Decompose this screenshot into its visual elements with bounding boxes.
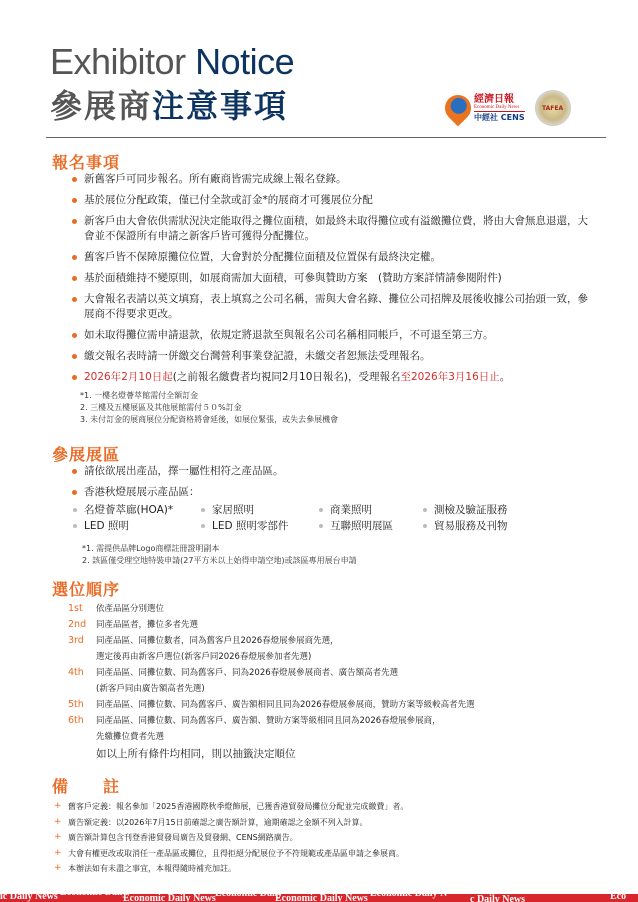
title-en-part1: Exhibitor <box>50 41 186 82</box>
product-zone: 家居照明 <box>200 503 318 517</box>
product-zone-grid: 名燈薈萃廊(HOA)* 家居照明 商業照明 測檢及驗証服務 LED 照明 LED… <box>72 503 542 533</box>
order-row: 6th同產品區、同攤位數、同為舊客戶、廣告額、贊助方案等級相同且同為2026春燈… <box>68 713 475 729</box>
title-en-part2: Notice <box>195 41 294 82</box>
sponsor-logos: 經濟日報 Economic Daily News 中經社 CENS TAFEA <box>445 90 571 126</box>
list-item: 如未取得攤位需申請退款，依規定將退款至與報名公司名稱相同帳戶，不可退至第三方。 <box>70 328 598 343</box>
order-rank <box>68 729 96 745</box>
section-title-zones: 參展展區 <box>52 442 120 465</box>
order-row: 5th同產品區、同攤位數、同為舊客戶、廣告額相同且同為2026春燈展參展商，贊助… <box>68 697 475 713</box>
footer-band-text: Economic Daily News <box>123 894 216 902</box>
list-item: 繳交報名表時請一併繳交台灣營利事業登記證，未繳交者恕無法受理報名。 <box>70 349 598 364</box>
order-text: 選定後再由新客戶選位(新客戶同2026春燈展參加者先選) <box>96 649 311 665</box>
order-row: 4th同產品區、同攤位數、同為舊客戶、同為2026春燈展參展商者、廣告額高者先選 <box>68 665 475 681</box>
order-text: 同產品區、同攤位數者，同為舊客戶且2026春燈展參展商先選， <box>96 633 339 649</box>
order-rank <box>68 649 96 665</box>
footer-band-text: Economic Daily N <box>370 894 447 899</box>
product-zone: 名燈薈萃廊(HOA)* <box>72 503 200 517</box>
edn-logo-en: Economic Daily News <box>474 105 525 112</box>
footer-band-text: Economic Daily <box>215 894 283 899</box>
order-rank: 1st <box>68 601 96 617</box>
edn-logo: 經濟日報 Economic Daily News 中經社 CENS <box>445 95 525 122</box>
footer-band: ic Daily News Economic Daily Economic Da… <box>0 894 638 902</box>
zones-list: 請依欲展出產品，擇一屬性相符之產品區。 香港秋燈展展示產品區： <box>70 464 598 506</box>
tafea-logo: TAFEA <box>535 90 571 126</box>
product-zone: 貿易服務及刊物 <box>422 519 542 533</box>
deadline-middle: (之前報名繳費者均視同2月10日報名)，受理報名 <box>173 371 401 383</box>
order-row: 3rd同產品區、同攤位數者，同為舊客戶且2026春燈展參展商先選， <box>68 633 475 649</box>
cens-logo: 中經社 CENS <box>474 114 525 122</box>
product-zone: 商業照明 <box>318 503 422 517</box>
list-item: 香港秋燈展展示產品區： <box>70 485 598 500</box>
page-title-zh: 參展商注意事項 <box>50 86 288 126</box>
order-rank: 6th <box>68 713 96 729</box>
deadline-tail: 。 <box>500 371 511 383</box>
order-row: 2nd同產品區者，攤位多者先選 <box>68 617 475 633</box>
remark-item: 大會有權更改或取消任一產品區或攤位，且得拒絕分配展位予不符規範或產品區申請之參展… <box>52 846 408 862</box>
page-title-en: Exhibitor Notice <box>50 42 294 82</box>
order-rank: 2nd <box>68 617 96 633</box>
order-row: (新客戶同由廣告額高者先選) <box>68 681 475 697</box>
order-rank <box>68 681 96 697</box>
registration-list: 新舊客戶可同步報名。所有廠商皆需完成線上報名登錄。 基於展位分配政策，僅已付全款… <box>70 172 598 391</box>
note-line: 2. 三樓及五樓展區及其他展館需付５０%訂金 <box>80 402 338 414</box>
product-zone: 測檢及驗証服務 <box>422 503 542 517</box>
section-title-registration: 報名事項 <box>52 150 120 173</box>
note-line: 3. 未付訂金的展商展位分配資格將會延後，如展位緊張，或失去參展機會 <box>80 414 338 426</box>
product-zone: 互聯照明展區 <box>318 519 422 533</box>
list-item: 大會報名表請以英文填寫，表上填寫之公司名稱，需與大會名錄、攤位公司招牌及展後收據… <box>70 292 598 322</box>
order-text: (新客戶同由廣告額高者先選) <box>96 681 205 697</box>
deadline-end: 至2026年3月16日止 <box>401 371 500 383</box>
product-zone: LED 照明 <box>72 519 200 533</box>
deadline-start: 2026年2月10日起 <box>84 371 173 383</box>
remarks-list: 舊客戶定義：報名參加「2025香港國際秋季燈飾展，已獲香港貿發局攤位分配並完成繳… <box>52 799 408 877</box>
order-text: 同產品區者，攤位多者先選 <box>96 617 198 633</box>
order-text: 依產品區分別選位 <box>96 601 164 617</box>
order-row: 1st依產品區分別選位 <box>68 601 475 617</box>
note-line: *1. 需提供品牌Logo商標註冊證明副本 <box>82 543 357 555</box>
list-item: 新舊客戶可同步報名。所有廠商皆需完成線上報名登錄。 <box>70 172 598 187</box>
order-rank: 5th <box>68 697 96 713</box>
order-row: 先繳攤位費者先選 <box>68 729 475 745</box>
order-rank: 4th <box>68 665 96 681</box>
deadline-item: 2026年2月10日起(之前報名繳費者均視同2月10日報名)，受理報名至2026… <box>70 370 598 385</box>
list-item: 舊客戶皆不保障原攤位位置，大會對於分配攤位面積及位置保有最終決定權。 <box>70 250 598 265</box>
remark-item: 廣告額計算包含刊登香港貿發局廣告及貿發網、CENS網路廣告。 <box>52 830 408 846</box>
zones-notes: *1. 需提供品牌Logo商標註冊證明副本 2. 該區僅受理空地特裝申請(27平… <box>82 543 357 567</box>
list-item: 基於展位分配政策，僅已付全款或訂金*的展商才可獲展位分配 <box>70 193 598 208</box>
order-text: 同產品區、同攤位數、同為舊客戶、同為2026春燈展參展商者、廣告額高者先選 <box>96 665 398 681</box>
order-rank-empty <box>68 745 96 763</box>
section-title-remarks: 備 註 <box>52 774 120 797</box>
header-divider <box>46 137 606 138</box>
order-text: 先繳攤位費者先選 <box>96 729 164 745</box>
title-zh-part1: 參展商 <box>50 87 152 125</box>
order-rank: 3rd <box>68 633 96 649</box>
note-line: *1. 一樓名燈薈萃館需付全額訂金 <box>80 390 338 402</box>
list-item: 基於面積維持不變原則，如展商需加大面積，可參與贊助方案 (贊助方案詳情請參閱附件… <box>70 271 598 286</box>
order-final-text: 如以上所有條件均相同，則以抽籤決定順位 <box>96 745 296 763</box>
selection-order: 1st依產品區分別選位 2nd同產品區者，攤位多者先選 3rd同產品區、同攤位數… <box>68 601 475 763</box>
edn-drop-icon <box>440 90 477 127</box>
edn-logo-zh: 經濟日報 <box>474 95 525 105</box>
product-zone: LED 照明零部件 <box>200 519 318 533</box>
order-text: 同產品區、同攤位數、同為舊客戶、廣告額相同且同為2026春燈展參展商，贊助方案等… <box>96 697 475 713</box>
title-zh-part2: 注意事項 <box>152 87 288 125</box>
note-line: 2. 該區僅受理空地特裝申請(27平方米以上始得申請空地)或該區專用展台申請 <box>82 555 357 567</box>
footer-band-text: ic Daily News <box>0 894 58 902</box>
list-item: 請依欲展出產品，擇一屬性相符之產品區。 <box>70 464 598 479</box>
footer-band-text: c Daily News <box>470 894 525 902</box>
remark-item: 廣告額定義：以2026年7月15日前確認之廣告額計算，逾期確認之金額不列入計算。 <box>52 815 408 831</box>
order-row: 選定後再由新客戶選位(新客戶同2026春燈展參加者先選) <box>68 649 475 665</box>
remark-item: 舊客戶定義：報名參加「2025香港國際秋季燈飾展，已獲香港貿發局攤位分配並完成繳… <box>52 799 408 815</box>
footer-band-text: Economic Daily News <box>275 894 368 902</box>
list-item: 新客戶由大會依供需狀況決定能取得之攤位面積，如最終未取得攤位或有溢繳攤位費，將由… <box>70 214 598 244</box>
order-final-row: 如以上所有條件均相同，則以抽籤決定順位 <box>68 745 475 763</box>
remark-item: 本辦法如有未盡之事宜，本報得隨時補充加註。 <box>52 861 408 877</box>
section-title-order: 選位順序 <box>52 577 120 600</box>
order-text: 同產品區、同攤位數、同為舊客戶、廣告額、贊助方案等級相同且同為2026春燈展參展… <box>96 713 441 729</box>
registration-notes: *1. 一樓名燈薈萃館需付全額訂金 2. 三樓及五樓展區及其他展館需付５０%訂金… <box>80 390 338 426</box>
footer-band-text: Eco <box>610 894 626 902</box>
footer-band-text: Economic Daily <box>60 894 128 898</box>
